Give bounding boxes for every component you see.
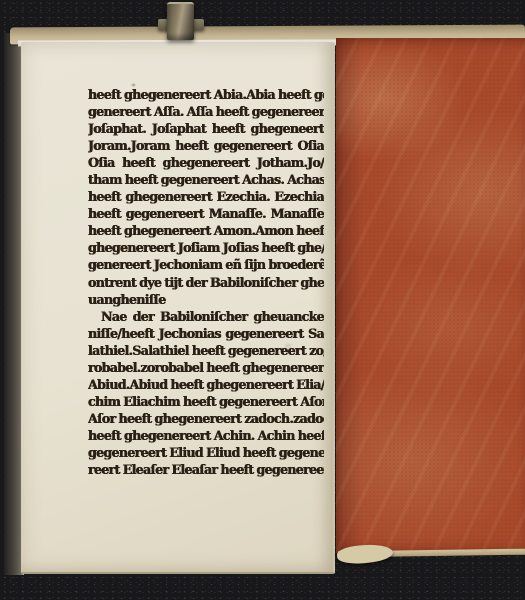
book-page: heeft ghegenereert Abia.Abia heeft ge/ g… [21, 42, 335, 574]
text-line: ghegenereert Joſiam Joſias heeft ghe/ [88, 239, 324, 256]
text-line: Abiud.Abiud heeft ghegenereert Elia/ [88, 376, 324, 393]
text-line: heeft ghegenereert Amon.Amon heeft [88, 222, 324, 239]
text-line: heeft ghegenereert Achin. Achin heeft [88, 427, 324, 444]
text-line: heeft ghegenereert Abia.Abia heeft ge/ [88, 86, 324, 103]
text-line: heeft gegenereert Manaſſe. Manaſſe [88, 205, 324, 222]
red-leather-cover [336, 38, 525, 553]
text-line: Aſor heeft ghegenereert zadoch.zadoch [88, 410, 324, 427]
text-line: Joſaphat. Joſaphat heeft ghegeneert [88, 120, 324, 137]
text-line: heeft ghegenereert Ezechia. Ezechia [88, 188, 324, 205]
text-line-paragraph-start: Nae der Babiloniſcher gheuancke [88, 308, 324, 325]
text-line: lathiel.Salathiel heeft gegenereert zo/ [88, 342, 324, 359]
text-line: robabel.zorobabel heeft ghegenereert [88, 359, 324, 376]
page-text-block: heeft ghegenereert Abia.Abia heeft ge/ g… [88, 86, 324, 478]
text-line: ontrent dye tijt der Babiloniſcher ghe/ [88, 274, 324, 291]
text-line: genereert Aſſa. Aſſa heeft gegenereert [88, 103, 324, 120]
text-line: reert Eleaſer Eleaſar heeft gegenereert [88, 461, 324, 478]
text-line: Oſia heeft ghegenereert Jotham.Jo/ [88, 154, 324, 171]
text-line: chim Eliachim heeft gegenereert Aſor [88, 393, 324, 410]
text-line: tham heeft gegenereert Achas. Achas [88, 171, 324, 188]
text-line: uangheniſſe [88, 291, 324, 308]
text-line: genereert Jechoniam eñ ſijn broederẽ/ [88, 256, 324, 273]
metal-clasp-icon [167, 2, 194, 40]
text-line: gegenereert Eliud Eliud heeft gegene [88, 444, 324, 461]
book-photo: heeft ghegenereert Abia.Abia heeft ge/ g… [0, 0, 525, 600]
text-line: niſſe/heeft Jechonias gegenereert Sa [88, 325, 324, 342]
text-line: Joram.Joram heeft gegenereert Oſia [88, 137, 324, 154]
